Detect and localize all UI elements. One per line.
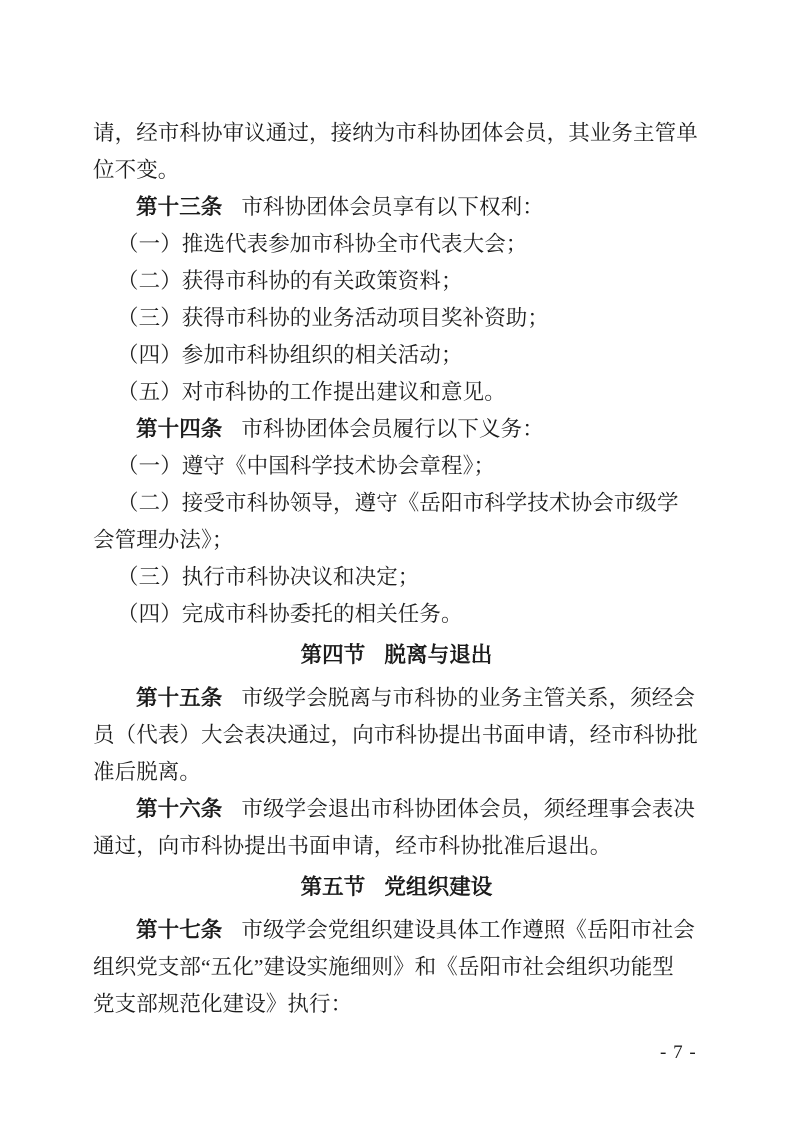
list-item-line: （二）接受市科协领导，遵守《岳阳市科学技术协会市级学 <box>93 485 700 522</box>
section-heading: 第五节党组织建设 <box>93 869 700 906</box>
line-text: （三）执行市科协决议和决定； <box>117 565 419 589</box>
line-text: 请，经市科协审议通过，接纳为市科协团体会员，其业务主管单 <box>93 121 698 145</box>
body-line: 准后脱离。 <box>93 754 700 791</box>
body-line: 会管理办法》； <box>93 522 700 559</box>
article-line: 第十七条市级学会党组织建设具体工作遵照《岳阳市社会 <box>93 912 700 949</box>
article-number: 第十六条 <box>136 797 222 821</box>
article-line: 第十六条市级学会退出市科协团体会员，须经理事会表决 <box>93 791 700 828</box>
line-text: 党支部规范化建设》执行： <box>93 992 352 1016</box>
line-text: （四）完成市科协委托的相关任务。 <box>117 602 463 626</box>
body-line: 组织党支部“五化”建设实施细则》和《岳阳市社会组织功能型 <box>93 949 700 986</box>
body-line: 党支部规范化建设》执行： <box>93 986 700 1023</box>
list-item-line: （四）参加市科协组织的相关活动； <box>93 337 700 374</box>
body-line: 员（代表）大会表决通过，向市科协提出书面申请，经市科协批 <box>93 717 700 754</box>
list-item-line: （三）执行市科协决议和决定； <box>93 559 700 596</box>
line-text: （一）推选代表参加市科协全市代表大会； <box>117 232 527 256</box>
document-page: 请，经市科协审议通过，接纳为市科协团体会员，其业务主管单位不变。第十三条市科协团… <box>0 0 793 1122</box>
line-text: （五）对市科协的工作提出建议和意见。 <box>117 380 506 404</box>
article-line: 第十五条市级学会脱离与市科协的业务主管关系，须经会 <box>93 680 700 717</box>
section-title: 党组织建设 <box>384 875 492 899</box>
article-number: 第十七条 <box>136 918 222 942</box>
line-text: （二）获得市科协的有关政策资料； <box>117 269 463 293</box>
line-text: （二）接受市科协领导，遵守《岳阳市科学技术协会市级学 <box>117 491 679 515</box>
article-line: 第十四条市科协团体会员履行以下义务： <box>93 411 700 448</box>
section-number: 第五节 <box>301 875 366 899</box>
line-text: 位不变。 <box>93 158 179 182</box>
line-text: 准后脱离。 <box>93 760 201 784</box>
list-item-line: （四）完成市科协委托的相关任务。 <box>93 596 700 633</box>
list-item-line: （二）获得市科协的有关政策资料； <box>93 263 700 300</box>
article-number: 第十四条 <box>136 417 222 441</box>
section-heading: 第四节脱离与退出 <box>93 637 700 674</box>
line-text: 会管理办法》； <box>93 528 233 552</box>
list-item-line: （五）对市科协的工作提出建议和意见。 <box>93 374 700 411</box>
line-text: （三）获得市科协的业务活动项目奖补资助； <box>117 306 549 330</box>
article-text: 市级学会党组织建设具体工作遵照《岳阳市社会 <box>241 918 695 942</box>
list-item-line: （一）遵守《中国科学技术协会章程》； <box>93 448 700 485</box>
line-text: （四）参加市科协组织的相关活动； <box>117 343 463 367</box>
body-line: 通过，向市科协提出书面申请，经市科协批准后退出。 <box>93 828 700 865</box>
article-line: 第十三条市科协团体会员享有以下权利： <box>93 189 700 226</box>
article-text: 市科协团体会员履行以下义务： <box>241 417 543 441</box>
page-number: - 7 - <box>660 1041 697 1065</box>
section-number: 第四节 <box>301 643 366 667</box>
article-text: 市级学会脱离与市科协的业务主管关系，须经会 <box>241 686 695 710</box>
list-item-line: （三）获得市科协的业务活动项目奖补资助； <box>93 300 700 337</box>
article-number: 第十三条 <box>136 195 222 219</box>
list-item-line: （一）推选代表参加市科协全市代表大会； <box>93 226 700 263</box>
body-line: 位不变。 <box>93 152 700 189</box>
section-title: 脱离与退出 <box>384 643 492 667</box>
line-text: 员（代表）大会表决通过，向市科协提出书面申请，经市科协批 <box>93 723 698 747</box>
article-number: 第十五条 <box>136 686 222 710</box>
document-body: 请，经市科协审议通过，接纳为市科协团体会员，其业务主管单位不变。第十三条市科协团… <box>93 115 700 1023</box>
article-text: 市级学会退出市科协团体会员，须经理事会表决 <box>241 797 695 821</box>
article-text: 市科协团体会员享有以下权利： <box>241 195 543 219</box>
line-text: 通过，向市科协提出书面申请，经市科协批准后退出。 <box>93 834 611 858</box>
line-text: （一）遵守《中国科学技术协会章程》； <box>117 454 495 478</box>
body-line: 请，经市科协审议通过，接纳为市科协团体会员，其业务主管单 <box>93 115 700 152</box>
line-text: 组织党支部“五化”建设实施细则》和《岳阳市社会组织功能型 <box>93 955 674 979</box>
